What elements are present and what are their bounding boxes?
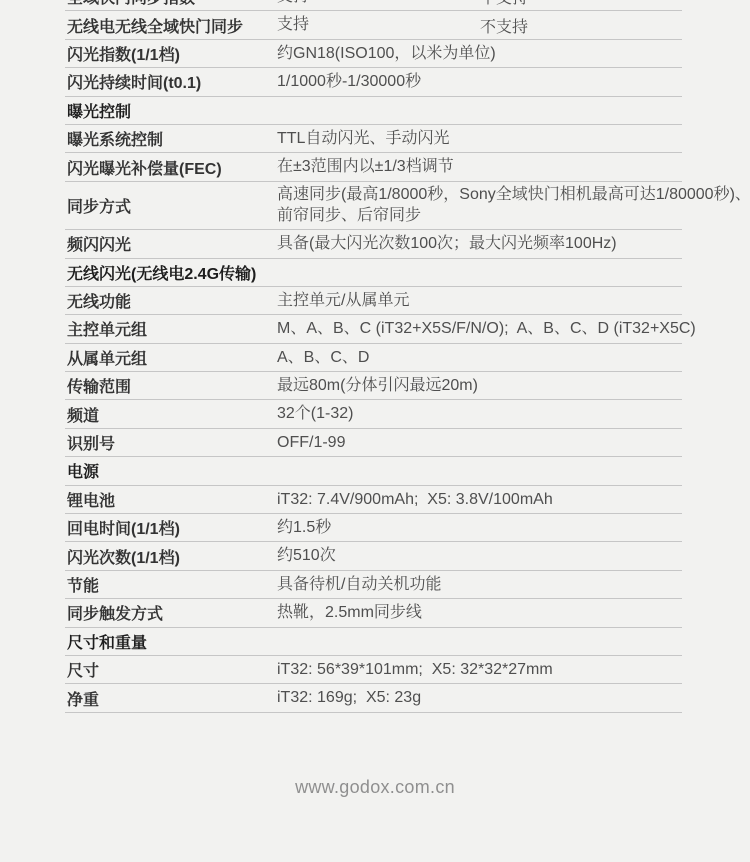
spec-value: 热靴，2.5mm同步线 xyxy=(277,602,682,624)
table-row: 频闪闪光具备(最大闪光次数100次；最大闪光频率100Hz) xyxy=(65,230,682,258)
section-header-row: 无线闪光(无线电2.4G传输) xyxy=(65,259,682,287)
spec-value: 支持 xyxy=(277,0,480,7)
spec-value: 具备待机/自动关机功能 xyxy=(277,574,682,596)
spec-value: OFF/1-99 xyxy=(277,432,682,454)
spec-label: 识别号 xyxy=(65,431,277,454)
spec-label: 回电时间(1/1档) xyxy=(65,516,277,539)
table-row: 曝光系统控制TTL自动闪光、手动闪光 xyxy=(65,125,682,153)
spec-label: 无线电无线全域快门同步 xyxy=(65,14,277,37)
spec-value: 约GN18(ISO100，以米为单位) xyxy=(277,43,682,65)
section-title: 尺寸和重量 xyxy=(65,630,147,653)
table-row: 闪光次数(1/1档)约510次 xyxy=(65,542,682,570)
spec-value: 高速同步(最高1/8000秒，Sony全域快门相机最高可达1/80000秒)、 … xyxy=(277,184,750,227)
table-row: 闪光持续时间(t0.1)1/1000秒-1/30000秒 xyxy=(65,68,682,96)
spec-label: 净重 xyxy=(65,687,277,710)
spec-value: iT32: 7.4V/900mAh; X5: 3.8V/100mAh xyxy=(277,489,682,511)
footer-url: www.godox.com.cn xyxy=(0,777,750,798)
spec-value: 约1.5秒 xyxy=(277,517,682,539)
spec-value-secondary: 不支持 xyxy=(480,0,682,8)
spec-value: 约510次 xyxy=(277,545,682,567)
spec-value: 主控单元/从属单元 xyxy=(277,290,682,312)
table-row: 传输范围最远80m(分体引闪最远20m) xyxy=(65,372,682,400)
spec-label: 传输范围 xyxy=(65,374,277,397)
spec-label: 曝光系统控制 xyxy=(65,127,277,150)
spec-label: 节能 xyxy=(65,573,277,596)
section-title: 无线闪光(无线电2.4G传输) xyxy=(65,261,256,284)
table-row: 尺寸iT32: 56*39*101mm; X5: 32*32*27mm xyxy=(65,656,682,684)
table-row: 闪光指数(1/1档)约GN18(ISO100，以米为单位) xyxy=(65,40,682,68)
product-spec-page: 全域快门同步指数支持不支持无线电无线全域快门同步支持不支持闪光指数(1/1档)约… xyxy=(0,0,750,862)
spec-value: M、A、B、C (iT32+X5S/F/N/O); A、B、C、D (iT32+… xyxy=(277,318,696,340)
spec-label: 全域快门同步指数 xyxy=(65,0,277,8)
spec-label: 闪光持续时间(t0.1) xyxy=(65,70,277,93)
table-row: 回电时间(1/1档)约1.5秒 xyxy=(65,514,682,542)
section-title: 电源 xyxy=(65,459,99,482)
spec-label: 闪光次数(1/1档) xyxy=(65,545,277,568)
table-row: 从属单元组A、B、C、D xyxy=(65,344,682,372)
table-row: 节能具备待机/自动关机功能 xyxy=(65,571,682,599)
table-row: 净重iT32: 169g; X5: 23g xyxy=(65,684,682,712)
section-header-row: 电源 xyxy=(65,457,682,485)
spec-value: 最远80m(分体引闪最远20m) xyxy=(277,375,682,397)
spec-label: 锂电池 xyxy=(65,488,277,511)
spec-value: 32个(1-32) xyxy=(277,403,682,425)
table-row: 无线电无线全域快门同步支持不支持 xyxy=(65,11,682,39)
table-row: 同步方式高速同步(最高1/8000秒，Sony全域快门相机最高可达1/80000… xyxy=(65,182,682,230)
spec-table: 全域快门同步指数支持不支持无线电无线全域快门同步支持不支持闪光指数(1/1档)约… xyxy=(65,0,682,713)
table-row: 无线功能主控单元/从属单元 xyxy=(65,287,682,315)
table-row: 频道32个(1-32) xyxy=(65,400,682,428)
spec-label: 闪光指数(1/1档) xyxy=(65,42,277,65)
spec-value: 在±3范围内以±1/3档调节 xyxy=(277,156,682,178)
table-row: 闪光曝光补偿量(FEC)在±3范围内以±1/3档调节 xyxy=(65,153,682,181)
section-title: 曝光控制 xyxy=(65,99,131,122)
table-row: 同步触发方式热靴，2.5mm同步线 xyxy=(65,599,682,627)
spec-label: 主控单元组 xyxy=(65,317,277,340)
section-header-row: 曝光控制 xyxy=(65,97,682,125)
table-row: 全域快门同步指数支持不支持 xyxy=(65,0,682,11)
table-row: 锂电池iT32: 7.4V/900mAh; X5: 3.8V/100mAh xyxy=(65,486,682,514)
table-row: 识别号OFF/1-99 xyxy=(65,429,682,457)
spec-value: iT32: 169g; X5: 23g xyxy=(277,687,682,709)
spec-label: 尺寸 xyxy=(65,658,277,681)
spec-value-secondary: 不支持 xyxy=(480,14,682,37)
spec-label: 频道 xyxy=(65,403,277,426)
spec-value: 具备(最大闪光次数100次；最大闪光频率100Hz) xyxy=(277,233,682,255)
section-header-row: 尺寸和重量 xyxy=(65,628,682,656)
spec-value: 支持 xyxy=(277,14,480,36)
spec-label: 同步方式 xyxy=(65,194,277,217)
spec-label: 从属单元组 xyxy=(65,346,277,369)
spec-label: 频闪闪光 xyxy=(65,232,277,255)
spec-label: 无线功能 xyxy=(65,289,277,312)
spec-value: A、B、C、D xyxy=(277,347,682,369)
spec-value: 1/1000秒-1/30000秒 xyxy=(277,71,682,93)
spec-label: 同步触发方式 xyxy=(65,601,277,624)
table-row: 主控单元组M、A、B、C (iT32+X5S/F/N/O); A、B、C、D (… xyxy=(65,315,682,343)
spec-label: 闪光曝光补偿量(FEC) xyxy=(65,156,277,179)
spec-value: iT32: 56*39*101mm; X5: 32*32*27mm xyxy=(277,659,682,681)
spec-value: TTL自动闪光、手动闪光 xyxy=(277,128,682,150)
